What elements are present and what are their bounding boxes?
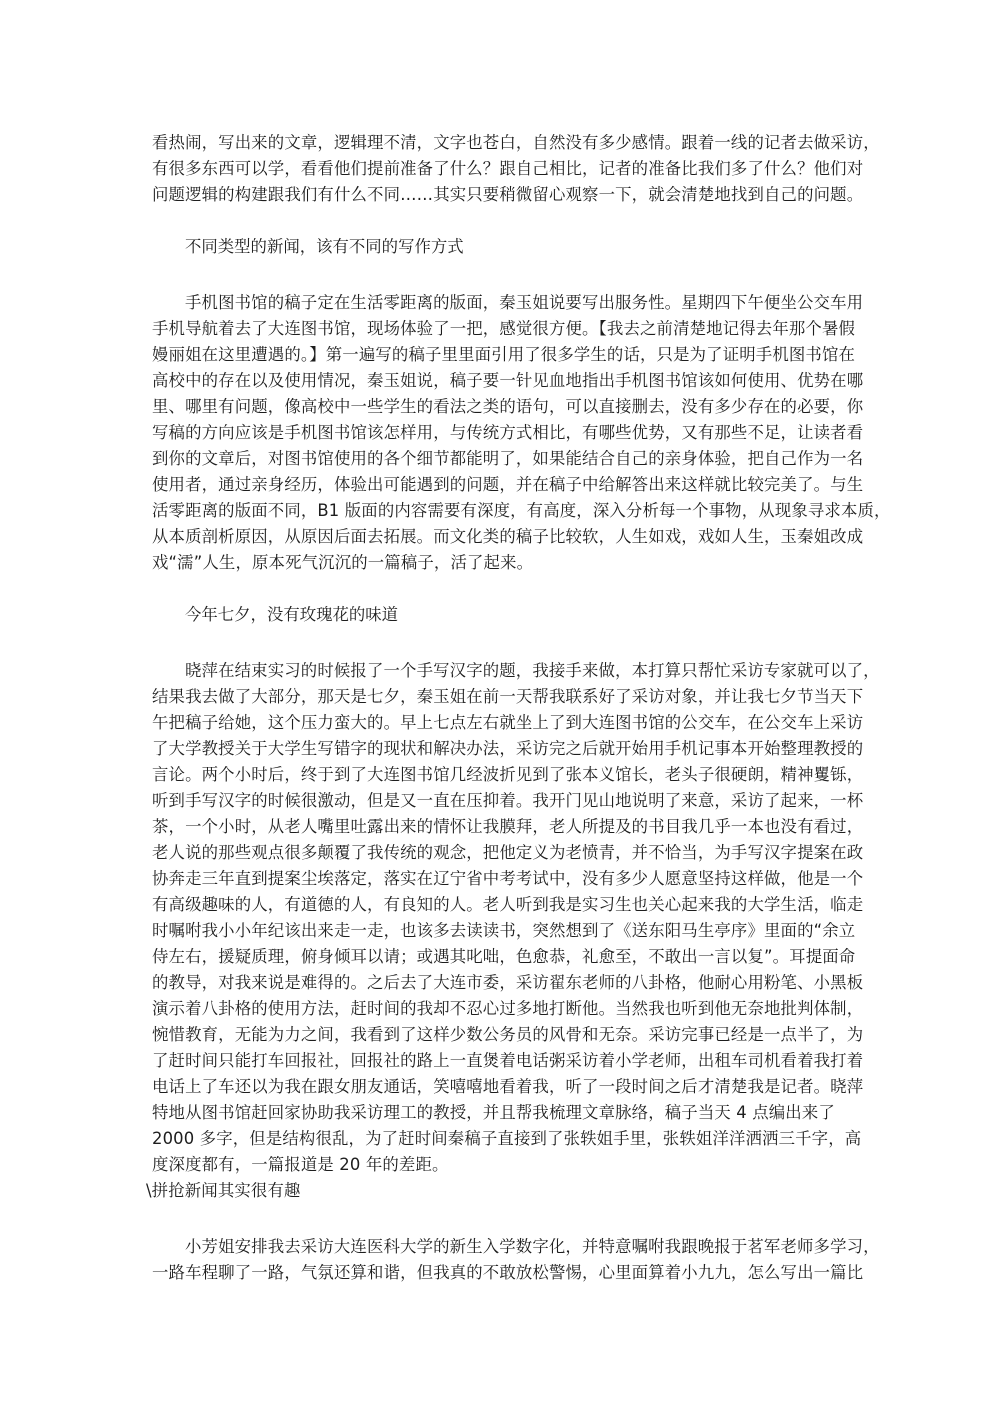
text-line: 写稿的方向应该是手机图书馆该怎样用，与传统方式相比，有哪些优势，又有那些不足，让…	[152, 420, 856, 446]
text-line: 问题逻辑的构建跟我们有什么不同……其实只要稍微留心观察一下，就会清楚地找到自己的…	[152, 182, 856, 208]
text-line: 电话上了车还以为我在跟女朋友通话，笑嘻嘻地看着我，听了一段时间之后才清楚我是记者…	[152, 1074, 856, 1100]
spacer	[152, 576, 856, 602]
text-line: 度深度都有，一篇报道是 20 年的差距。	[152, 1152, 856, 1178]
text-line: 结果我去做了大部分，那天是七夕，秦玉姐在前一天帮我联系好了采访对象，并让我七夕节…	[152, 684, 856, 710]
text-line: 手机导航着去了大连图书馆，现场体验了一把，感觉很方便。【我去之前清楚地记得去年那…	[152, 316, 856, 342]
text-line: 有很多东西可以学，看看他们提前准备了什么？跟自己相比，记者的准备比我们多了什么？…	[152, 156, 856, 182]
text-line: 活零距离的版面不同，B1 版面的内容需要有深度，有高度，深入分析每一个事物，从现…	[152, 498, 856, 524]
text-line: 戏“濡”人生，原本死气沉沉的一篇稿子，活了起来。	[152, 550, 856, 576]
section3-paragraph: 小芳姐安排我去采访大连医科大学的新生入学数字化，并特意嘱咐我跟晚报于茗军老师多学…	[152, 1234, 856, 1286]
text-line: 嫚丽姐在这里遭遇的。】第一遍写的稿子里里面引用了很多学生的话，只是为了证明手机图…	[152, 342, 856, 368]
spacer	[152, 260, 856, 290]
text-line: 听到手写汉字的时候很激动，但是又一直在压抑着。我开门见山地说明了来意，采访了起来…	[152, 788, 856, 814]
text-line: 一路车程聊了一路，气氛还算和谐，但我真的不敢放松警惕，心里面算着小九九，怎么写出…	[152, 1260, 856, 1286]
text-line: 晓萍在结束实习的时候报了一个手写汉字的题，我接手来做，本打算只帮忙采访专家就可以…	[152, 658, 856, 684]
intro-paragraph: 看热闹，写出来的文章，逻辑理不清，文字也苍白，自然没有多少感情。跟着一线的记者去…	[152, 130, 856, 208]
spacer	[152, 1204, 856, 1234]
text-line: 言论。两个小时后，终于到了大连图书馆几经波折见到了张本义馆长，老头子很硬朗，精神…	[152, 762, 856, 788]
section2-paragraph: 晓萍在结束实习的时候报了一个手写汉字的题，我接手来做，本打算只帮忙采访专家就可以…	[152, 658, 856, 1178]
section-heading: \拼抢新闻其实很有趣	[146, 1178, 856, 1204]
text-line: 看热闹，写出来的文章，逻辑理不清，文字也苍白，自然没有多少感情。跟着一线的记者去…	[152, 130, 856, 156]
text-line: 使用者，通过亲身经历，体验出可能遇到的问题，并在稿子中给解答出来这样就比较完美了…	[152, 472, 856, 498]
text-line: 有高级趣味的人，有道德的人，有良知的人。老人听到我是实习生也关心起来我的大学生活…	[152, 892, 856, 918]
text-line: 从本质剖析原因，从原因后面去拓展。而文化类的稿子比较软，人生如戏，戏如人生，玉秦…	[152, 524, 856, 550]
text-line: 高校中的存在以及使用情况，秦玉姐说，稿子要一针见血地指出手机图书馆该如何使用、优…	[152, 368, 856, 394]
text-line: 到你的文章后，对图书馆使用的各个细节都能明了，如果能结合自己的亲身体验，把自己作…	[152, 446, 856, 472]
text-line: 演示着八卦格的使用方法，赶时间的我却不忍心过多地打断他。当然我也听到他无奈地批判…	[152, 996, 856, 1022]
text-line: 小芳姐安排我去采访大连医科大学的新生入学数字化，并特意嘱咐我跟晚报于茗军老师多学…	[152, 1234, 856, 1260]
text-line: 里、哪里有问题，像高校中一些学生的看法之类的语句，可以直接删去，没有多少存在的必…	[152, 394, 856, 420]
spacer	[152, 208, 856, 234]
text-line: 了赶时间只能打车回报社，回报社的路上一直煲着电话粥采访着小学老师，出租车司机看着…	[152, 1048, 856, 1074]
text-line: 手机图书馆的稿子定在生活零距离的版面，秦玉姐说要写出服务性。星期四下午便坐公交车…	[152, 290, 856, 316]
text-line: 茶，一个小时，从老人嘴里吐露出来的情怀让我膜拜，老人所提及的书目我几乎一本也没有…	[152, 814, 856, 840]
text-line: 特地从图书馆赶回家协助我采访理工的教授，并且帮我梳理文章脉络，稿子当天 4 点编…	[152, 1100, 856, 1126]
text-line: 的教导，对我来说是难得的。之后去了大连市委，采访翟东老师的八卦格，他耐心用粉笔、…	[152, 970, 856, 996]
text-line: 老人说的那些观点很多颠覆了我传统的观念，把他定义为老愤青，并不恰当，为手写汉字提…	[152, 840, 856, 866]
section1-paragraph: 手机图书馆的稿子定在生活零距离的版面，秦玉姐说要写出服务性。星期四下午便坐公交车…	[152, 290, 856, 576]
document-page: 看热闹，写出来的文章，逻辑理不清，文字也苍白，自然没有多少感情。跟着一线的记者去…	[152, 130, 856, 1286]
section-heading: 今年七夕，没有玫瑰花的味道	[152, 602, 856, 628]
text-line: 协奔走三年直到提案尘埃落定，落实在辽宁省中考考试中，没有多少人愿意坚持这样做，他…	[152, 866, 856, 892]
text-line: 2000 多字，但是结构很乱，为了赶时间秦稿子直接到了张轶姐手里，张轶姐洋洋洒洒…	[152, 1126, 856, 1152]
section-heading: 不同类型的新闻，该有不同的写作方式	[152, 234, 856, 260]
text-line: 惋惜教育，无能为力之间，我看到了这样少数公务员的风骨和无奈。采访完事已经是一点半…	[152, 1022, 856, 1048]
text-line: 了大学教授关于大学生写错字的现状和解决办法，采访完之后就开始用手机记事本开始整理…	[152, 736, 856, 762]
text-line: 时嘱咐我小小年纪该出来走一走，也该多去读读书，突然想到了《送东阳马生亭序》里面的…	[152, 918, 856, 944]
text-line: 午把稿子给她，这个压力蛮大的。早上七点左右就坐上了到大连图书馆的公交车，在公交车…	[152, 710, 856, 736]
text-line: 侍左右，援疑质理，俯身倾耳以请；或遇其叱咄，色愈恭，礼愈至，不敢出一言以复”。耳…	[152, 944, 856, 970]
spacer	[152, 628, 856, 658]
